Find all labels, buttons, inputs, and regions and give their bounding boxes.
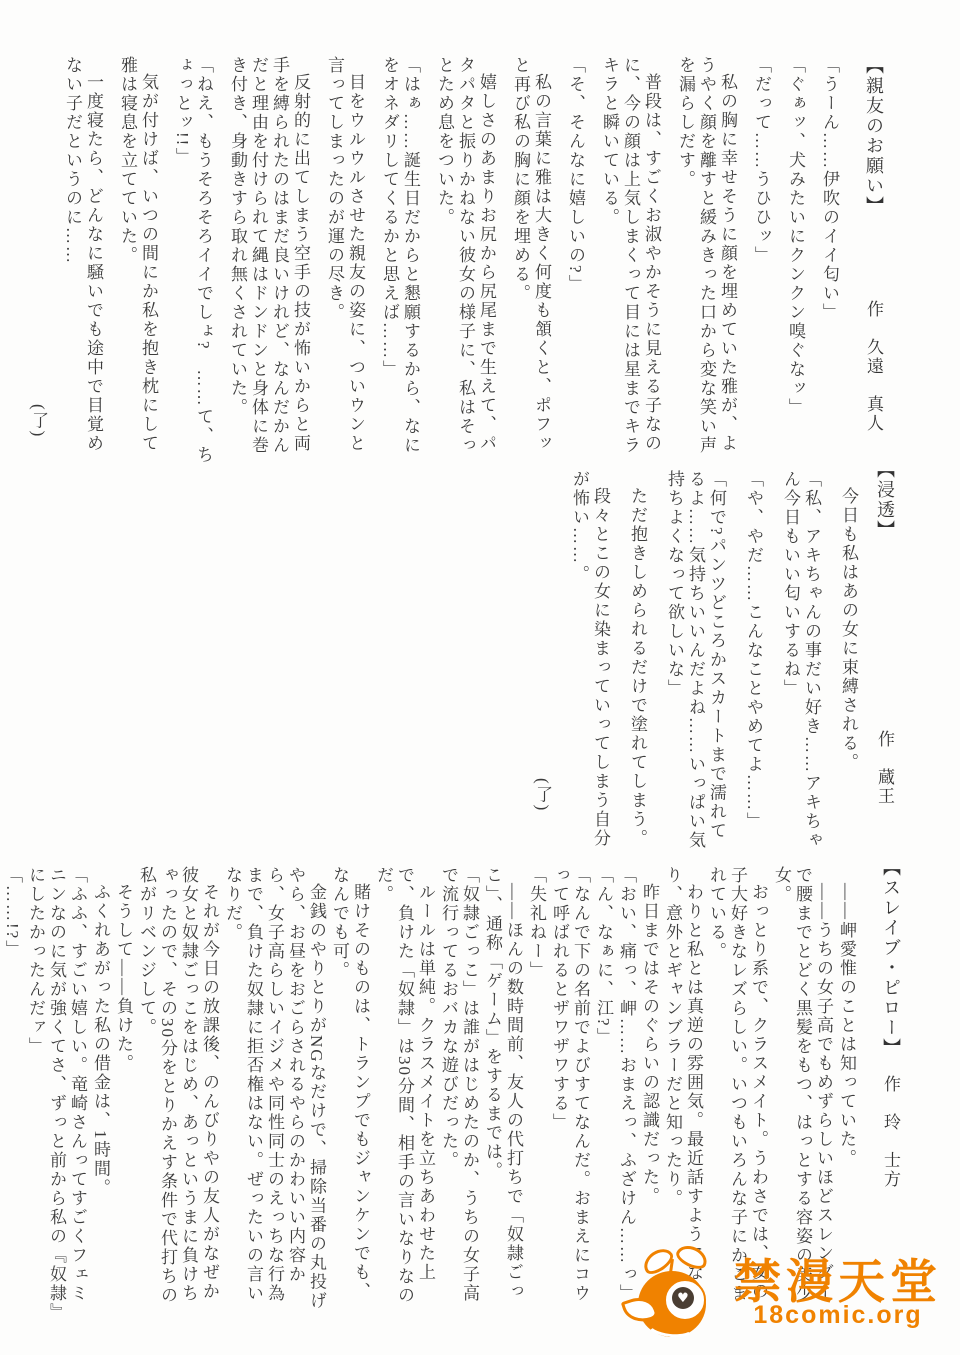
story3-author: 作 玲 士方 <box>878 1075 903 1189</box>
paragraph: 反射的に出てしまう空手の技が怖いからと両手を縛られたのはまだ良いけれど、なんだか… <box>227 56 311 470</box>
paragraph: それが今日の放課後、のんびりやの友人がなぜか彼女と奴隷ごっこをはじめ、あっという… <box>136 866 220 1318</box>
paragraph: ――ほんの数時間前、友人の代打ちで「奴隷ごっこ」、通称「ゲーム」をするまでは。 <box>482 866 524 1318</box>
paragraph: 「うーん……伊吹のイイ匂い」 <box>819 56 840 470</box>
paragraph: 一度寝たら、どんなに騒いでも途中で目覚めない子だというのに…… <box>62 56 104 470</box>
story-end-mark: (了) <box>28 56 49 470</box>
paragraph: 今日も私はあの女に束縛される。 <box>838 470 859 850</box>
paragraph: 「ふふ、すごい嬉しい。竜崎さんってすごくフェミニンなのに気が強くてさ、ずっと前か… <box>25 866 88 1318</box>
paragraph: 「や、やだ……こんなことやめてよ……」 <box>743 470 764 850</box>
story2-body: 今日も私はあの女に束縛される。 「私、アキちゃんの事だい好き……アキちゃん今日も… <box>516 470 859 850</box>
paragraph: 「……!?」 <box>2 866 23 1318</box>
paragraph: 金銭のやりとりがNGなだけで、掃除当番の丸投げやら、お昼をおごらされるやらのかわ… <box>222 866 327 1318</box>
story2-author: 作 蔵王 <box>872 730 897 806</box>
paragraph: 嬉しさのあまりお尻から尻尾まで生えて、パタパタと振りかねない彼女の様子に、私はそ… <box>434 56 497 470</box>
story2-title: 【浸透】 <box>872 460 898 540</box>
paragraph: 私の言葉に雅は大きく何度も頷くと、ポフッと再び私の胸に顔を埋める。 <box>510 56 552 470</box>
paragraph: 賭けそのものは、トランプでもジャンケンでも、なんでも可。 <box>329 866 371 1318</box>
paragraph: 気が付けば、いつの間にか私を抱き枕にして雅は寝息を立てていた。 <box>117 56 159 470</box>
paragraph: 普段は、すごくお淑やかそうに見える子なのに、今の顔は上気しまくって目には星までキ… <box>599 56 662 470</box>
paragraph: 段々とこの女に染まっていってしまう自分が怖い……。 <box>569 470 611 850</box>
mascot-pupil: ♥ <box>672 1287 694 1309</box>
paragraph: そうして――負けた。 <box>113 866 134 1318</box>
mascot-bird-icon: ♥ <box>624 1239 728 1347</box>
paragraph: ルールは単純。クラスメイトを立ちあわせた上で、負けた「奴隷」は30分間、相手の言… <box>373 866 436 1318</box>
paragraph: 「ぐぁッ、犬みたいにクンクン嗅ぐなッ」 <box>785 56 806 470</box>
story3-title: 【スレイブ・ピロー】 <box>878 858 904 1058</box>
paragraph: 「なんで下の名前でよびすてなんだ。おまえにコウって呼ばれるとザワザワする」 <box>549 866 591 1318</box>
paragraph: 私の胸に幸せそうに顔を埋めていた雅が、ようやく顔を離すと緩みきった口から変な笑い… <box>675 56 738 470</box>
paragraph: 「失礼ねー」 <box>526 866 547 1318</box>
story1-body: 「うーん……伊吹のイイ匂い」 「ぐぁッ、犬みたいにクンクン嗅ぐなッ」 「だって…… <box>15 56 840 470</box>
paragraph: 「奴隷ごっこ」は誰がはじめたのか、うちの女子高で流行ってるおバカな遊びだった。 <box>438 866 480 1318</box>
paragraph: ただ抱きしめられるだけで塗れてしまう。 <box>627 470 648 850</box>
mascot-eye-icon: ♥ <box>664 1279 706 1321</box>
paragraph: 「私、アキちゃんの事だい好き……アキちゃん今日もいい匂いするね」 <box>780 470 822 850</box>
paragraph: 目をウルウルさせた親友の姿に、ついウンと言ってしまったのが運の尽き。 <box>324 56 366 470</box>
site-url: 18comic.org <box>753 1303 922 1328</box>
story1-title: 【親友のお願い】 <box>861 56 887 216</box>
paragraph: ふくれあがった私の借金は、1時間。 <box>90 866 111 1318</box>
paragraph: 「だって……うひひッ」 <box>751 56 772 470</box>
site-watermark: ♥ 禁漫天堂 18comic.org <box>624 1239 942 1347</box>
brand-text-block: 禁漫天堂 18comic.org <box>734 1258 942 1328</box>
paragraph: 「ん、なぁに、江?」 <box>593 866 614 1318</box>
heart-icon: ♥ <box>677 1292 689 1305</box>
paragraph: 「はぁ……誕生日だからと懇願するから、なにをオネダリしてくるかと思えば……」 <box>379 56 421 470</box>
mascot-leaf-icon <box>673 1241 710 1273</box>
paragraph: 「そ、そんなに嬉しいの?」 <box>565 56 586 470</box>
site-name: 禁漫天堂 <box>734 1258 942 1305</box>
scanned-text-page: { "stories": [ { "title": "【親友のお願い】", "a… <box>0 0 960 1355</box>
paragraph: 「何で?パンツどころかスカートまで濡れてるよ……気持ちいいんだよね……いっぱい気… <box>664 470 727 850</box>
story-end-mark: (了) <box>532 470 553 850</box>
paragraph: 「ねえ、もうそろそろイイでしょ? ……て、ちょっとッ!!」 <box>172 56 214 470</box>
story1-author: 作 久遠 真人 <box>861 300 886 433</box>
